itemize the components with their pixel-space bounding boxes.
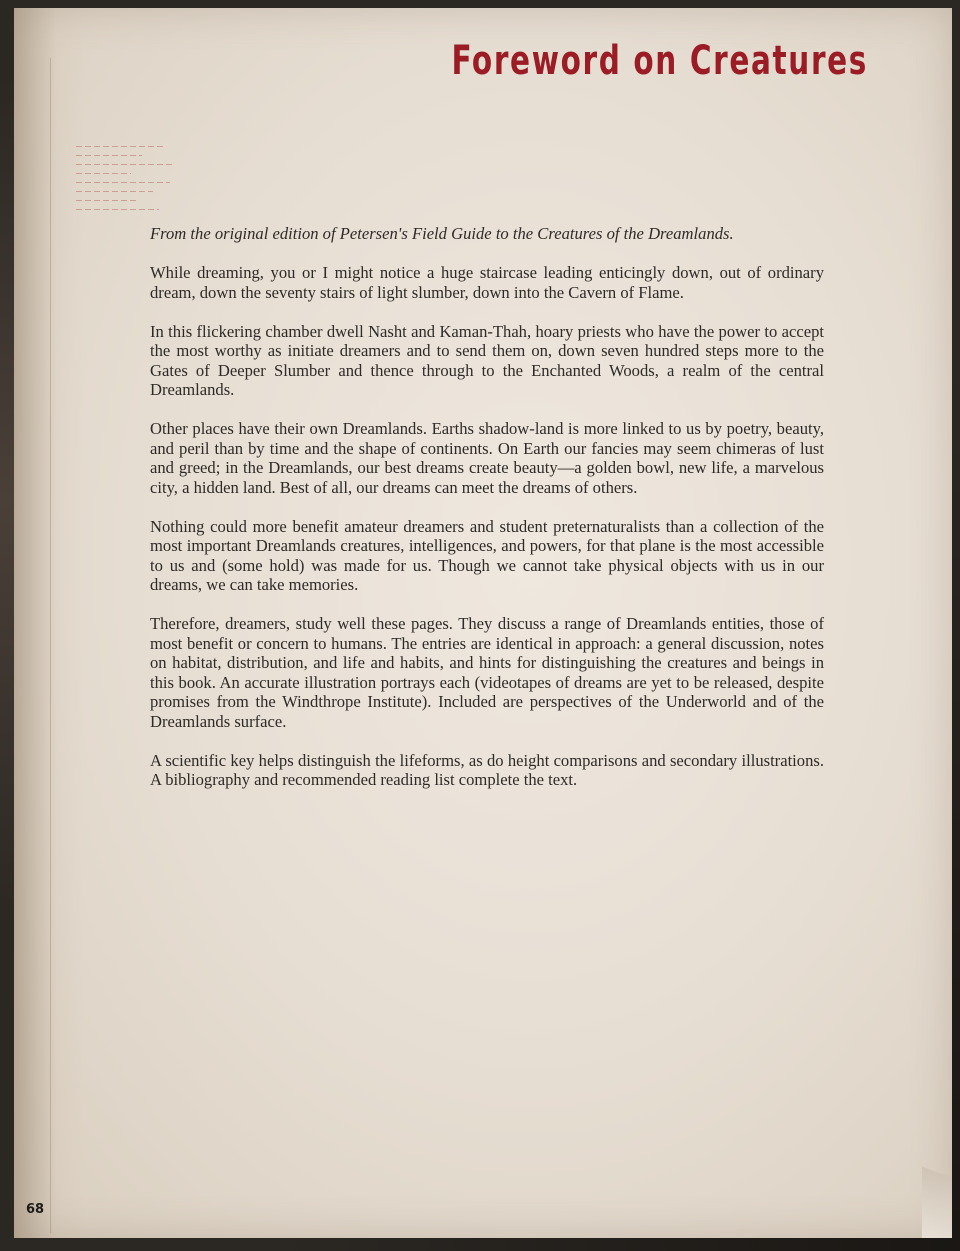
page-title: Foreword on Creatures [451,38,868,84]
paragraph: A scientific key helps distinguish the l… [150,751,824,790]
paragraph: Other places have their own Dreamlands. … [150,419,824,497]
paragraph: While dreaming, you or I might notice a … [150,263,824,302]
page-number: 68 [26,1202,44,1217]
aged-paper-page: Foreword on Creatures From the original … [14,8,952,1238]
paragraph: In this flickering chamber dwell Nasht a… [150,322,824,400]
intro-note: From the original edition of Petersen's … [150,224,824,244]
foreword-body: From the original edition of Petersen's … [150,224,824,809]
paragraph: Nothing could more benefit amateur dream… [150,517,824,595]
page-fold-edge [28,58,51,1233]
paragraph: Therefore, dreamers, study well these pa… [150,614,824,731]
